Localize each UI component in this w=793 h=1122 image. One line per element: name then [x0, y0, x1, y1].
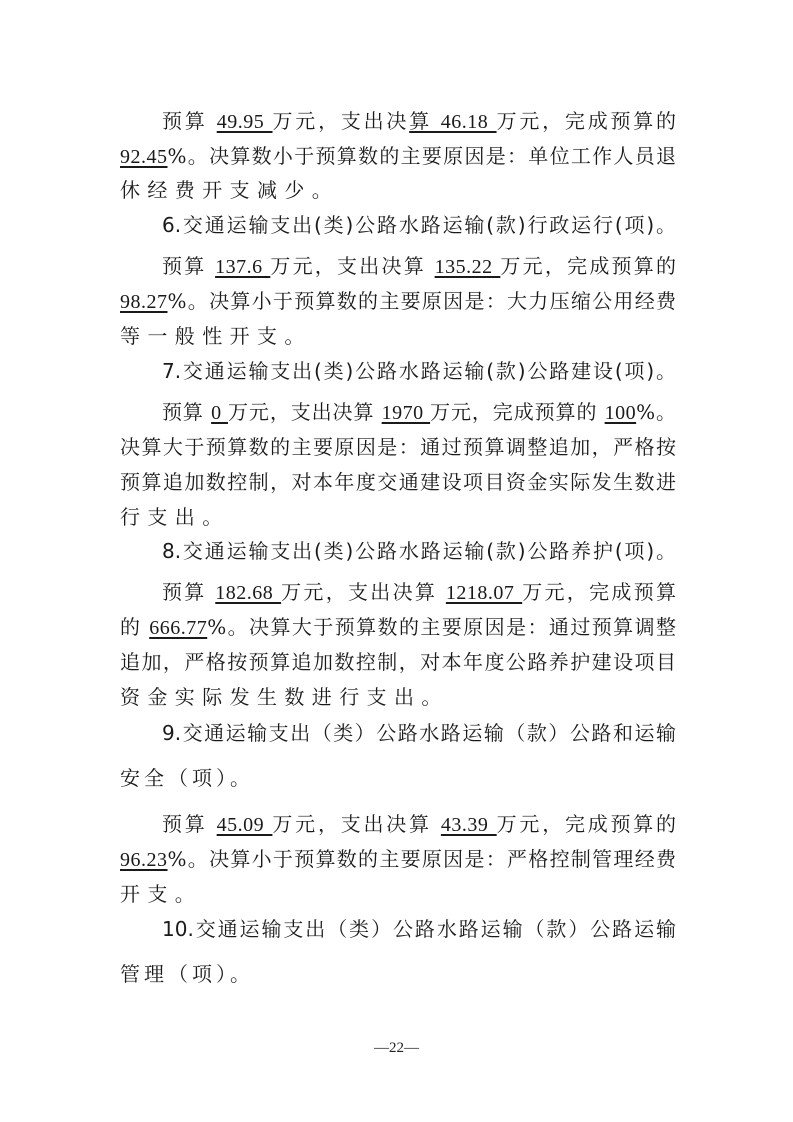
- text-run: 万元，完成预算的: [497, 812, 676, 836]
- text-run: 万元，支出决算: [228, 400, 382, 424]
- paragraph-line: 资金实际发生数进行支出。: [120, 680, 449, 714]
- section-heading: 9.交通运输支出（类）公路水路运输（款）公路和运输: [162, 716, 676, 750]
- underlined-figure: 算 46.18: [409, 111, 496, 133]
- paragraph-line: 预算追加数控制，对本年度交通建设项目资金实际发生数进: [120, 465, 676, 499]
- text-run: 万元，完成预算: [522, 580, 676, 604]
- underlined-figure: 666.77: [149, 617, 207, 639]
- paragraph-line: 92.45%。决算数小于预算数的主要原因是：单位工作人员退: [120, 139, 676, 173]
- underlined-figure: 1970: [382, 402, 430, 424]
- paragraph-line: 决算大于预算数的主要原因是：通过预算调整追加，严格按: [120, 430, 676, 464]
- text-run: 万元，支出决算: [272, 812, 440, 836]
- underlined-figure: 0: [211, 402, 228, 424]
- text-run: 决算大于预算数的主要原因是：通过预算调整追加，严格按: [120, 435, 676, 459]
- text-run: 万元，支出决算: [281, 580, 446, 604]
- text-run: 等一般性开支。: [120, 324, 312, 348]
- paragraph-line: 等一般性开支。: [120, 319, 312, 353]
- paragraph-line: 休经费开支减少。: [120, 173, 339, 207]
- text-run: 开支。: [120, 882, 202, 906]
- text-run: 万元，完成预算的: [500, 254, 676, 278]
- paragraph-line: 开支。: [120, 877, 202, 911]
- text-run: 预算: [162, 580, 215, 604]
- underlined-figure: 92.45: [120, 146, 168, 168]
- text-run: %。决算小于预算数的主要原因是：严格控制管理经费: [168, 847, 677, 871]
- text-run: 预算追加数控制，对本年度交通建设项目资金实际发生数进: [120, 470, 676, 494]
- paragraph-line: 追加，严格按预算追加数控制，对本年度公路养护建设项目: [120, 645, 676, 679]
- paragraph-line: 预算 182.68 万元，支出决算 1218.07 万元，完成预算: [162, 575, 676, 609]
- text-run: 的: [120, 615, 149, 639]
- paragraph-line: 预算 49.95 万元，支出决算 46.18 万元，完成预算的: [162, 104, 676, 138]
- text-run: 预算: [162, 254, 215, 278]
- underlined-figure: 182.68: [215, 582, 281, 604]
- text-run: %。决算小于预算数的主要原因是：大力压缩公用经费: [168, 289, 677, 313]
- text-run: 休经费开支减少。: [120, 178, 339, 202]
- section-heading: 管理（项）。: [120, 957, 254, 991]
- paragraph-line: 96.23%。决算小于预算数的主要原因是：严格控制管理经费: [120, 842, 676, 876]
- underlined-figure: 49.95: [217, 111, 273, 133]
- section-heading: 6.交通运输支出(类)公路水路运输(款)行政运行(项)。: [162, 208, 676, 242]
- text-run: 预算: [162, 812, 217, 836]
- text-run: 万元，完成预算的: [497, 109, 676, 133]
- text-run: 行支出。: [120, 505, 230, 529]
- underlined-figure: 100: [605, 402, 637, 424]
- underlined-figure: 96.23: [120, 849, 168, 871]
- page-number: —22—: [0, 1040, 793, 1057]
- section-heading: 7.交通运输支出(类)公路水路运输(款)公路建设(项)。: [162, 354, 676, 388]
- text-run: 万元，完成预算的: [430, 400, 605, 424]
- text-run: 万元，支出决算: [270, 254, 434, 278]
- underlined-figure: 137.6: [215, 256, 270, 278]
- paragraph-line: 98.27%。决算小于预算数的主要原因是：大力压缩公用经费: [120, 284, 676, 318]
- text-run: 万元，支出决: [273, 109, 410, 133]
- paragraph-line: 预算 0 万元，支出决算 1970 万元，完成预算的 100%。: [162, 395, 676, 429]
- paragraph-line: 的 666.77%。决算大于预算数的主要原因是：通过预算调整: [120, 610, 676, 644]
- text-run: 预算: [162, 400, 211, 424]
- underlined-figure: 43.39: [441, 814, 497, 836]
- paragraph-line: 预算 45.09 万元，支出决算 43.39 万元，完成预算的: [162, 807, 676, 841]
- section-heading: 8.交通运输支出(类)公路水路运输(款)公路养护(项)。: [162, 534, 676, 568]
- section-heading: 安全（项）。: [120, 761, 254, 795]
- underlined-figure: 45.09: [217, 814, 273, 836]
- underlined-figure: 98.27: [120, 291, 168, 313]
- paragraph-line: 行支出。: [120, 500, 230, 534]
- text-run: 资金实际发生数进行支出。: [120, 685, 449, 709]
- paragraph-line: 预算 137.6 万元，支出决算 135.22 万元，完成预算的: [162, 249, 676, 283]
- section-heading: 10.交通运输支出（类）公路水路运输（款）公路运输: [162, 912, 676, 946]
- underlined-figure: 135.22: [435, 256, 501, 278]
- underlined-figure: 1218.07: [446, 582, 522, 604]
- text-run: %。决算大于预算数的主要原因是：通过预算调整: [207, 615, 676, 639]
- text-run: 预算: [162, 109, 217, 133]
- text-run: 追加，严格按预算追加数控制，对本年度公路养护建设项目: [120, 650, 676, 674]
- text-run: %。决算数小于预算数的主要原因是：单位工作人员退: [168, 144, 677, 168]
- text-run: %。: [636, 400, 676, 424]
